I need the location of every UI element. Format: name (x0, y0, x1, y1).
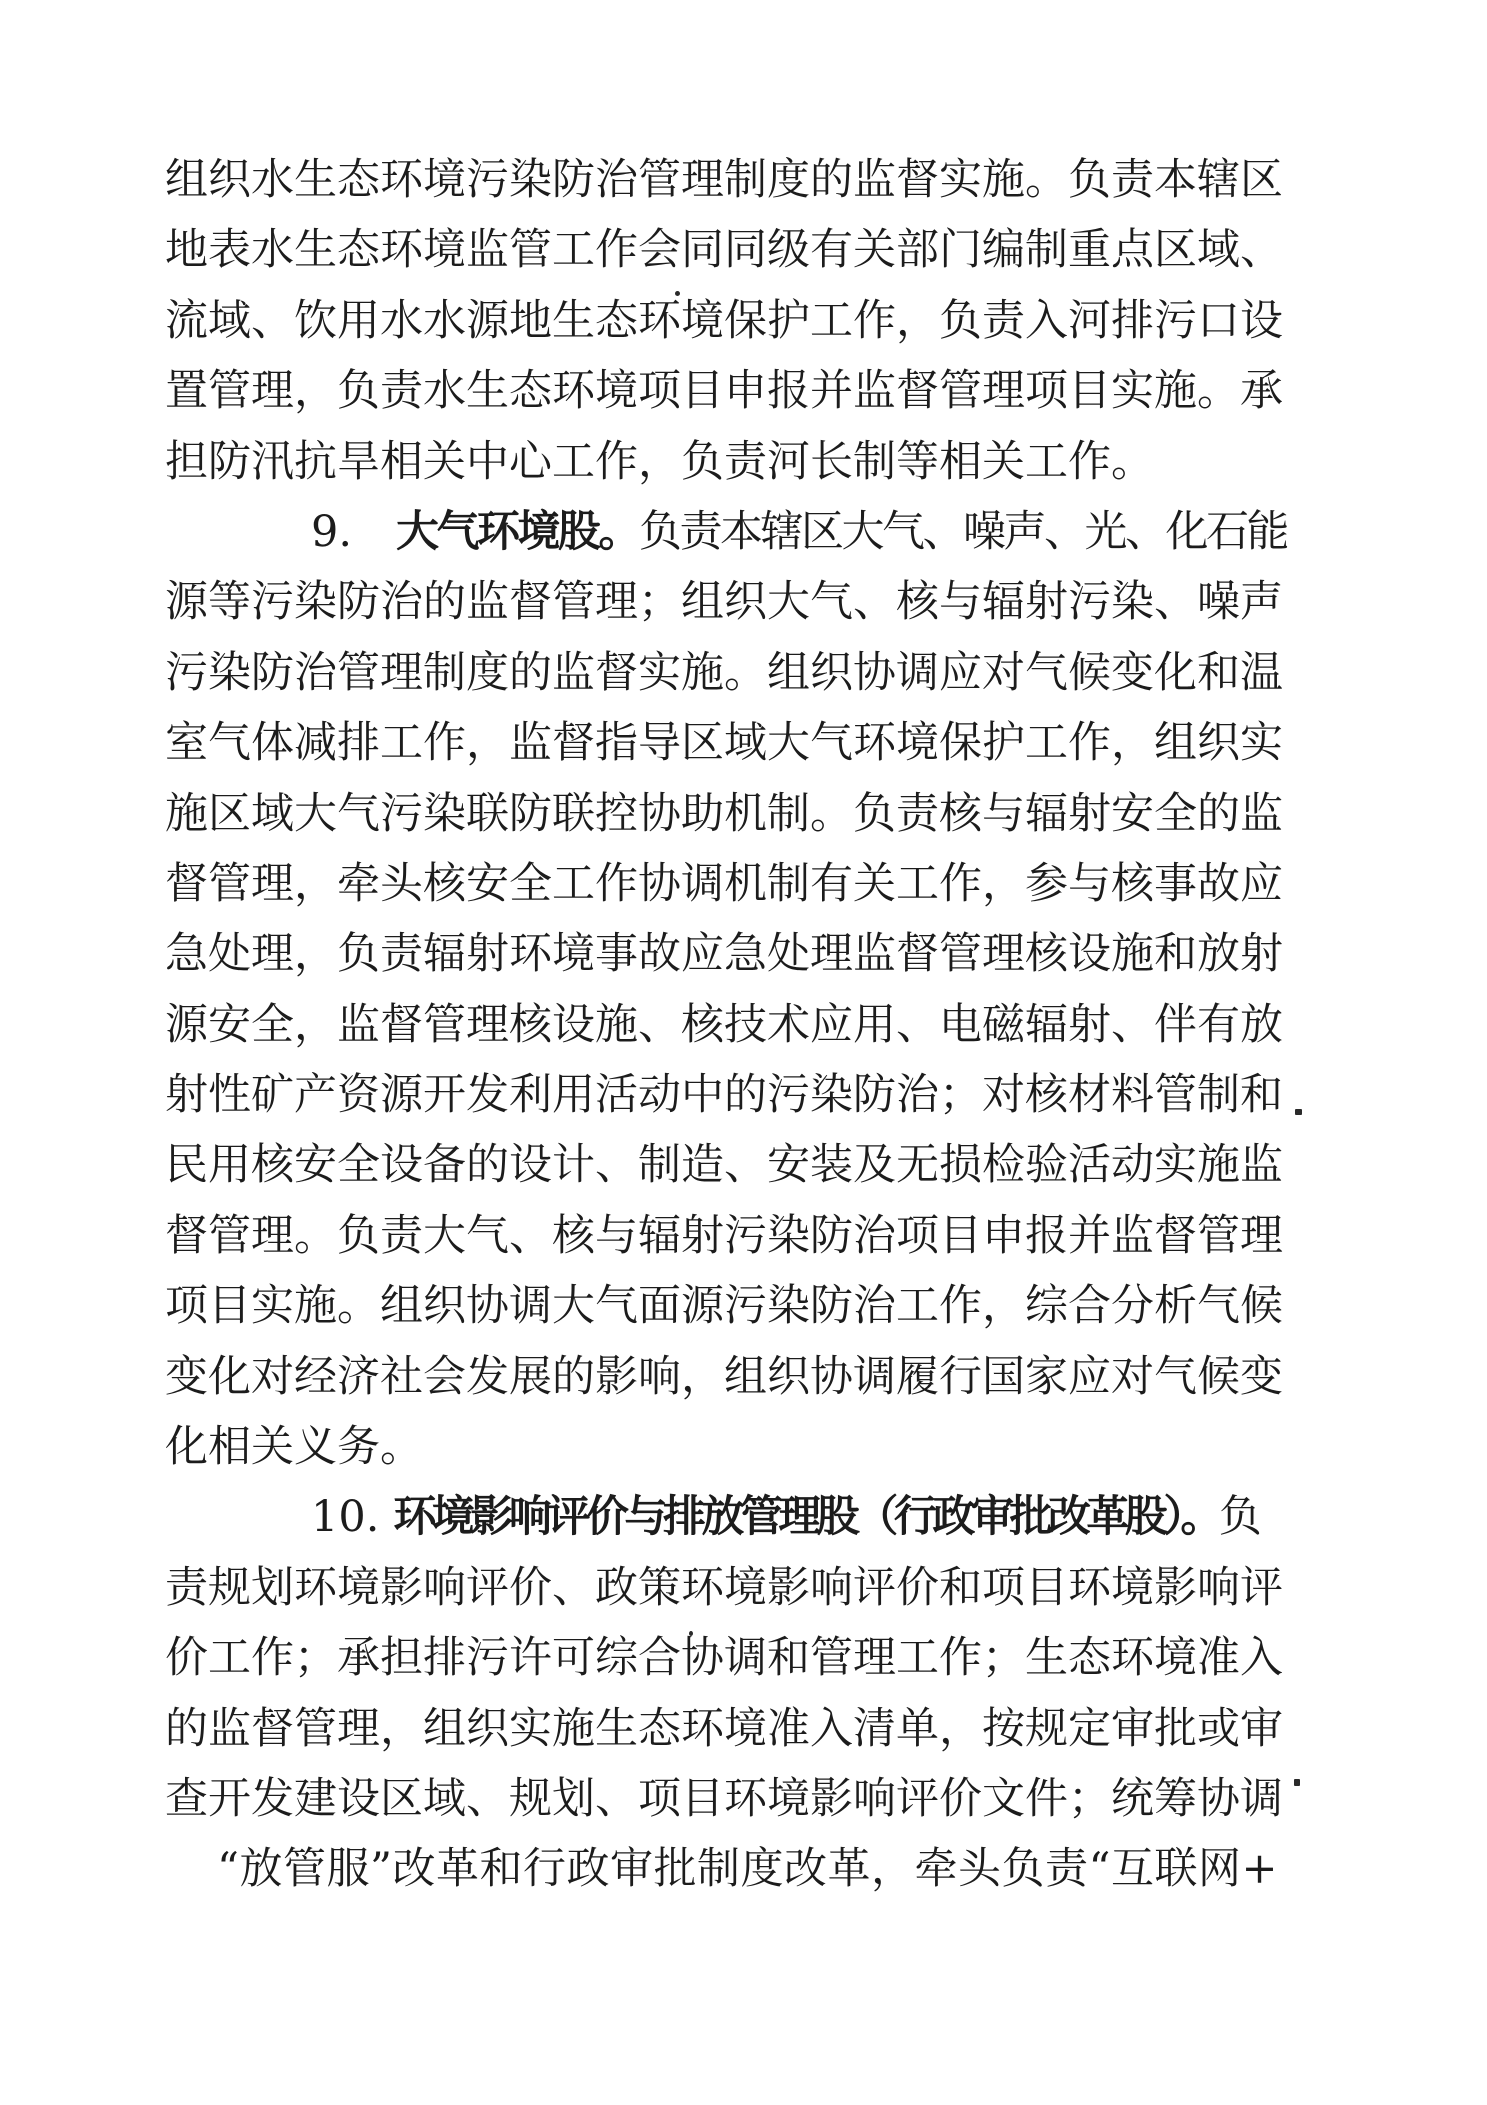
section-10-title: 环境影响评价与排放管理股（行政审批改革股）。 (393, 1492, 1219, 1542)
section-10-number: 10. (311, 1492, 379, 1542)
scan-speck (1295, 1109, 1302, 1115)
text-line: 督管理。负责大气、核与辐射污染防治项目申报并监督管理 (165, 1201, 1283, 1271)
section-10-heading-line: 10.环境影响评价与排放管理股（行政审批改革股）。负 (165, 1482, 1283, 1552)
text-line: 化相关义务。 (165, 1412, 1283, 1482)
text-line: 源等污染防治的监督管理；组织大气、核与辐射污染、噪声 (165, 567, 1283, 637)
text-line: 变化对经济社会发展的影响，组织协调履行国家应对气候变 (165, 1342, 1283, 1412)
document-page: 组织水生态环境污染防治管理制度的监督实施。负责本辖区 地表水生态环境监管工作会同… (0, 0, 1487, 2105)
text-line: 查开发建设区域、规划、项目环境影响评价文件；统筹协调 (165, 1764, 1283, 1834)
section-9-title: 大气环境股。 (396, 507, 639, 557)
text-line: 流域、饮用水水源地生态环境保护工作，负责入河排污口设 (165, 286, 1283, 356)
text-line: 项目实施。组织协调大气面源污染防治工作，综合分析气候 (165, 1271, 1283, 1341)
text-line: “放管服”改革和行政审批制度改革，牵头负责“互联网+ (165, 1834, 1283, 1904)
text-line: 急处理，负责辐射环境事故应急处理监督管理核设施和放射 (165, 919, 1283, 989)
text-line: 担防汛抗旱相关中心工作，负责河长制等相关工作。 (165, 427, 1283, 497)
text-line: 组织水生态环境污染防治管理制度的监督实施。负责本辖区 (165, 145, 1283, 215)
scan-speck (1294, 1779, 1300, 1786)
text-line: 室气体减排工作，监督指导区域大气环境保护工作，组织实 (165, 708, 1283, 778)
text-line: 污染防治管理制度的监督实施。组织协调应对气候变化和温 (165, 638, 1283, 708)
text-line: 价工作；承担排污许可综合协调和管理工作；生态环境准入 (165, 1623, 1283, 1693)
text-line: 置管理，负责水生态环境项目申报并监督管理项目实施。承 (165, 356, 1283, 426)
section-10-text-start: 负 (1219, 1492, 1258, 1542)
text-line: 施区域大气污染联防联控协助机制。负责核与辐射安全的监 (165, 779, 1283, 849)
scan-speck (675, 291, 680, 296)
text-line: 督管理，牵头核安全工作协调机制有关工作，参与核事故应 (165, 849, 1283, 919)
section-9-text-start: 负责本辖区大气、噪声、光、化石能 (639, 507, 1287, 557)
text-line: 地表水生态环境监管工作会同同级有关部门编制重点区域、 (165, 215, 1283, 285)
section-9-number: 9. (311, 507, 352, 557)
scan-speck (689, 1631, 693, 1636)
text-line: 源安全，监督管理核设施、核技术应用、电磁辐射、伴有放 (165, 990, 1283, 1060)
text-line: 责规划环境影响评价、政策环境影响评价和项目环境影响评 (165, 1553, 1283, 1623)
document-text: 组织水生态环境污染防治管理制度的监督实施。负责本辖区 地表水生态环境监管工作会同… (165, 145, 1283, 1905)
text-line: 民用核安全设备的设计、制造、安装及无损检验活动实施监 (165, 1130, 1283, 1200)
text-line: 的监督管理，组织实施生态环境准入清单，按规定审批或审 (165, 1694, 1283, 1764)
section-9-heading-line: 9.大气环境股。负责本辖区大气、噪声、光、化石能 (165, 497, 1283, 567)
text-line: 射性矿产资源开发利用活动中的污染防治；对核材料管制和 (165, 1060, 1283, 1130)
